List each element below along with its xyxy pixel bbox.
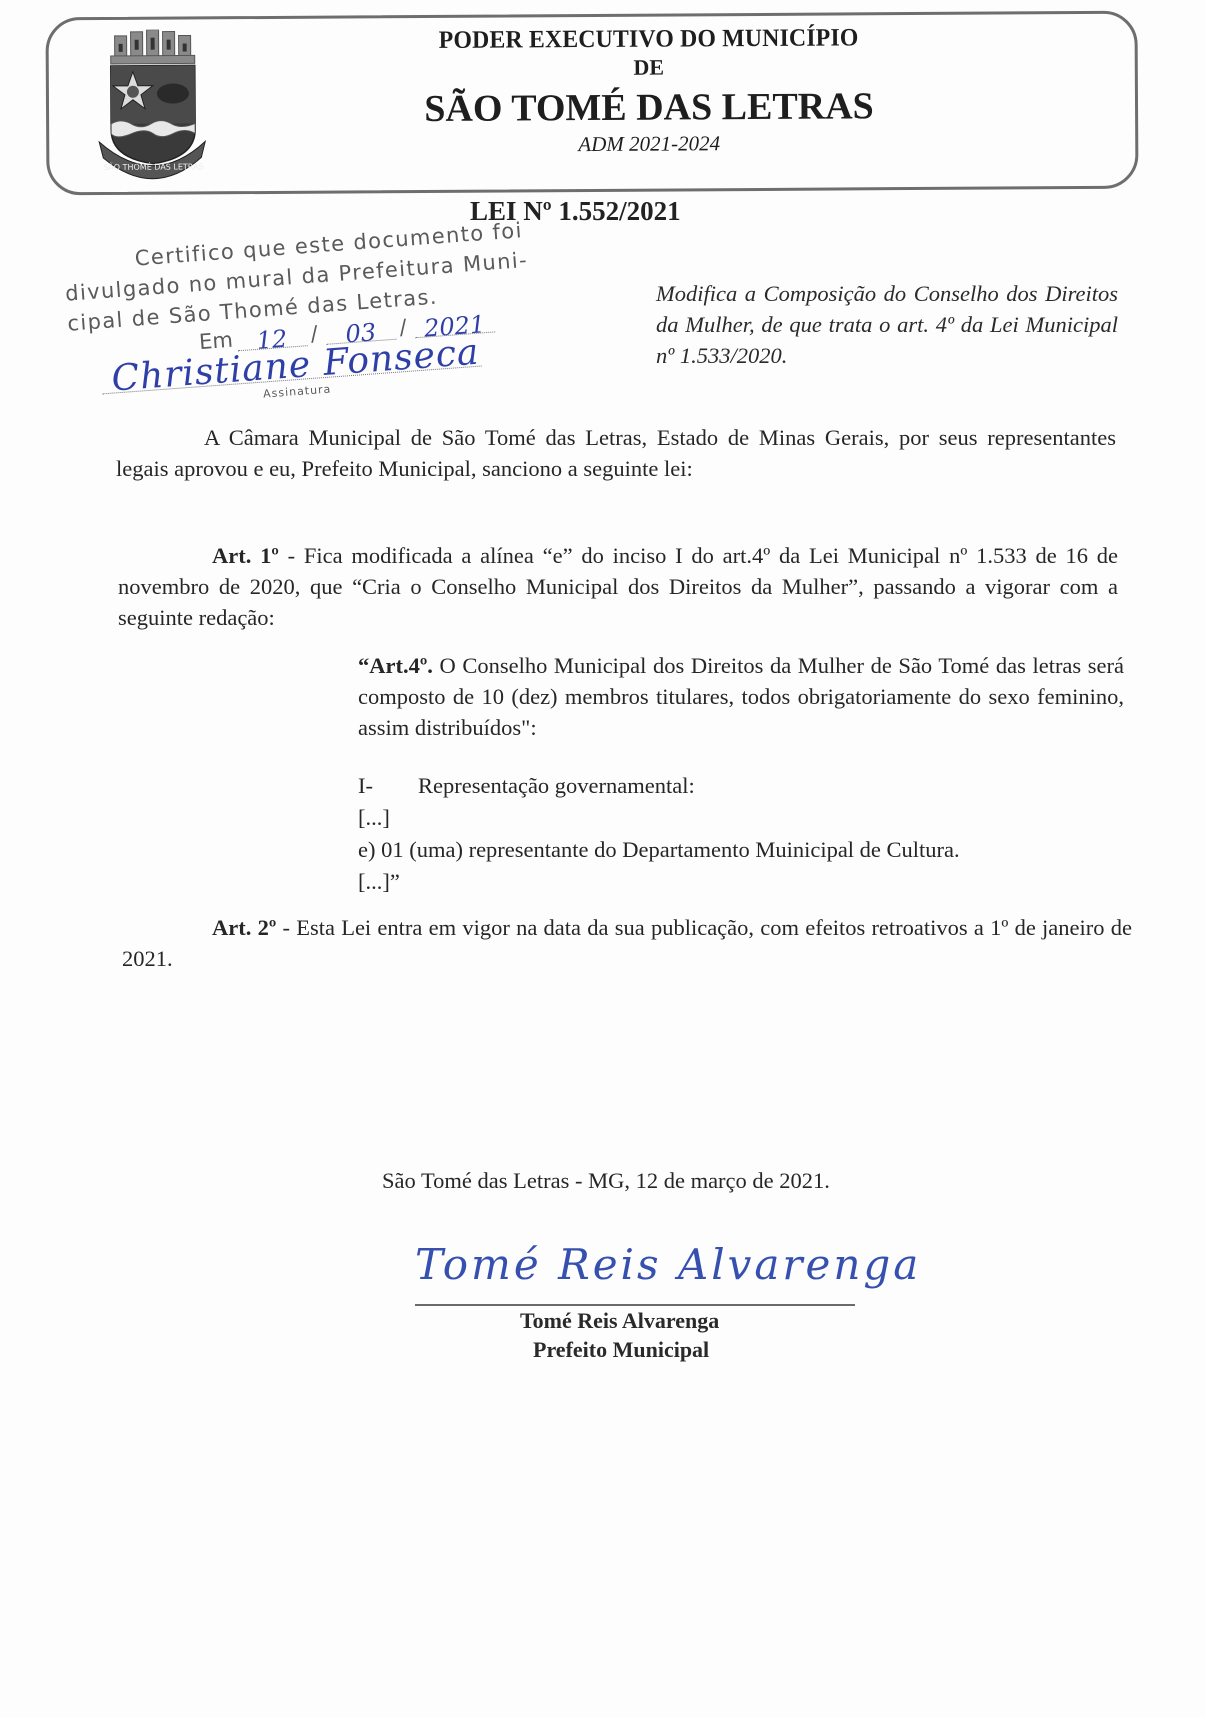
document-page: SÃO THOMÉ DAS LETRAS PODER EXECUTIVO DO … bbox=[0, 0, 1205, 1718]
letterhead-text: PODER EXECUTIVO DO MUNICÍPIO DE SÃO TOMÉ… bbox=[299, 23, 1000, 159]
quoted-article-label: “Art.4º. bbox=[358, 653, 433, 678]
item-text: [...] bbox=[358, 805, 390, 830]
article-2-label: Art. 2º bbox=[212, 915, 276, 940]
item-text: Representação governamental: bbox=[418, 773, 695, 798]
mayor-handwritten-signature: Tomé Reis Alvarenga bbox=[415, 1240, 921, 1289]
coat-of-arms-icon: SÃO THOMÉ DAS LETRAS bbox=[97, 29, 208, 180]
svg-text:SÃO THOMÉ DAS LETRAS: SÃO THOMÉ DAS LETRAS bbox=[103, 160, 203, 172]
list-item: [...] bbox=[358, 802, 960, 834]
mayor-title: Prefeito Municipal bbox=[533, 1337, 709, 1363]
quoted-article-4: “Art.4º. O Conselho Municipal dos Direit… bbox=[358, 650, 1124, 743]
executive-power-heading: PODER EXECUTIVO DO MUNICÍPIO bbox=[316, 23, 981, 57]
preposition-heading: DE bbox=[299, 53, 999, 83]
mayor-name: Tomé Reis Alvarenga bbox=[520, 1308, 719, 1334]
quoted-article-items: I-Representação governamental: [...] e) … bbox=[358, 770, 960, 898]
place-and-date: São Tomé das Letras - MG, 12 de março de… bbox=[382, 1168, 830, 1194]
article-1-label: Art. 1º bbox=[212, 543, 279, 568]
article-1: Art. 1º - Fica modificada a alínea “e” d… bbox=[118, 540, 1118, 633]
letterhead-frame: SÃO THOMÉ DAS LETRAS PODER EXECUTIVO DO … bbox=[45, 11, 1138, 196]
item-marker: I- bbox=[358, 770, 418, 802]
item-text: [...]” bbox=[358, 869, 400, 894]
municipality-heading: SÃO TOMÉ DAS LETRAS bbox=[299, 83, 999, 133]
list-item: [...]” bbox=[358, 866, 960, 898]
publication-stamp: Certifico que este documento foi divulga… bbox=[60, 191, 504, 432]
enactment-clause: A Câmara Municipal de São Tomé das Letra… bbox=[116, 422, 1116, 484]
date-separator: / bbox=[310, 321, 319, 345]
mayor-signature-block: Tomé Reis Alvarenga Tomé Reis Alvarenga … bbox=[415, 1240, 875, 1380]
administration-period: ADM 2021-2024 bbox=[299, 129, 999, 159]
list-item: e) 01 (uma) representante do Departament… bbox=[358, 834, 960, 866]
article-2: Art. 2º - Esta Lei entra em vigor na dat… bbox=[122, 912, 1132, 974]
date-separator: / bbox=[399, 315, 408, 339]
item-text: e) 01 (uma) representante do Departament… bbox=[358, 837, 960, 862]
list-item: I-Representação governamental: bbox=[358, 770, 960, 802]
quoted-article-text: O Conselho Municipal dos Direitos da Mul… bbox=[358, 653, 1124, 740]
signature-line bbox=[415, 1304, 855, 1306]
law-summary: Modifica a Composição do Conselho dos Di… bbox=[656, 278, 1118, 371]
